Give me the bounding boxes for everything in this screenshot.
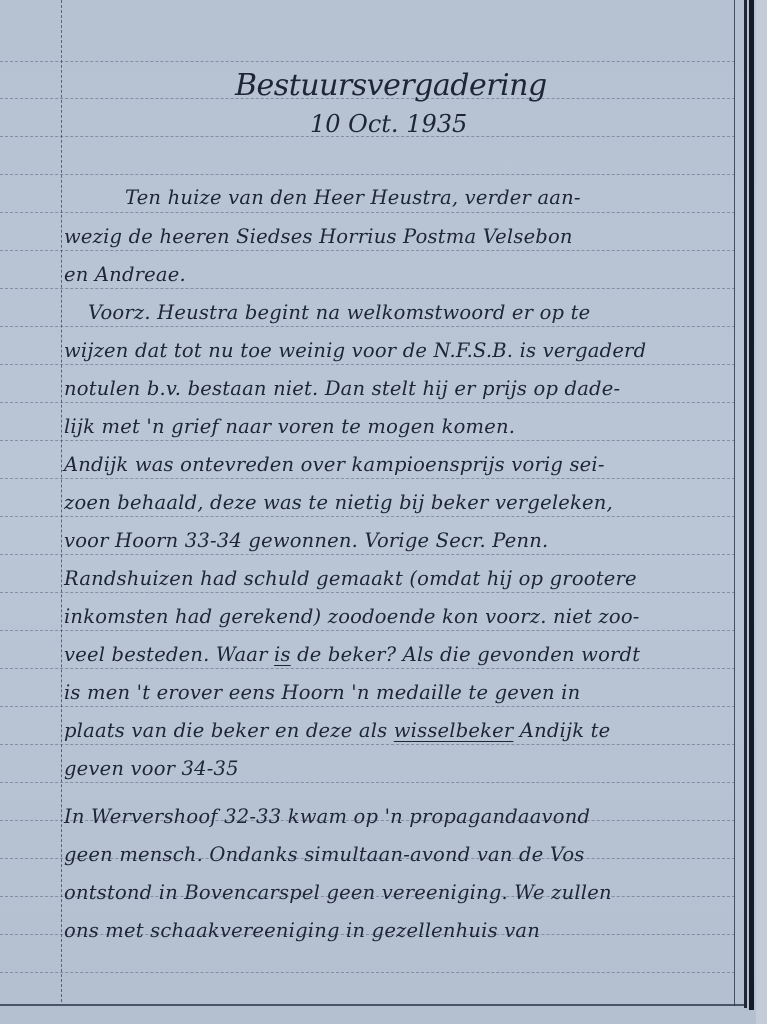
text-line: Andijk was ontevreden over kampioensprij…	[64, 453, 605, 476]
text-line: en Andreae.	[64, 263, 186, 286]
ruled-line	[0, 402, 735, 403]
ruled-line	[0, 782, 735, 783]
page-edge	[756, 0, 767, 1024]
text-segment: plaats van die beker en deze als	[64, 719, 394, 742]
ruled-line	[0, 250, 735, 251]
underlined-word: wisselbeker	[394, 719, 514, 742]
text-segment: Andijk te	[513, 719, 610, 742]
text-line: In Wervershoof 32-33 kwam op 'n propagan…	[64, 805, 590, 828]
text-line: lijk met 'n grief naar voren te mogen ko…	[64, 415, 515, 438]
text-line: wezig de heeren Siedses Horrius Postma V…	[64, 225, 573, 248]
text-line: plaats van die beker en deze als wisselb…	[64, 719, 610, 742]
ruled-line	[0, 516, 735, 517]
text-line: Voorz. Heustra begint na welkomstwoord e…	[88, 301, 590, 324]
ruled-line	[0, 706, 735, 707]
right-margin-line	[734, 0, 735, 1006]
text-segment: de beker? Als die gevonden wordt	[291, 643, 641, 666]
underlined-word: is	[274, 643, 291, 666]
ruled-line	[0, 592, 735, 593]
text-line: is men 't erover eens Hoorn 'n medaille …	[64, 681, 580, 704]
text-line: voor Hoorn 33-34 gewonnen. Vorige Secr. …	[64, 529, 548, 552]
ruled-line	[0, 744, 735, 745]
text-line: veel besteden. Waar is de beker? Als die…	[64, 643, 640, 666]
ruled-line	[0, 326, 735, 327]
text-line: geen mensch. Ondanks simultaan-avond van…	[64, 843, 584, 866]
text-line: Ten huize van den Heer Heustra, verder a…	[125, 186, 581, 209]
text-line: Randshuizen had schuld gemaakt (omdat hi…	[64, 567, 637, 590]
book-binding-spine	[749, 0, 754, 1010]
ruled-line	[0, 212, 735, 213]
ruled-line	[0, 630, 735, 631]
text-line: wijzen dat tot nu toe weinig voor de N.F…	[64, 339, 646, 362]
text-segment: veel besteden. Waar	[64, 643, 274, 666]
ruled-line	[0, 288, 735, 289]
ruled-line	[0, 668, 735, 669]
document-title: Bestuursvergadering	[235, 68, 547, 103]
text-line: notulen b.v. bestaan niet. Dan stelt hij…	[64, 377, 620, 400]
book-binding-line	[744, 0, 747, 1008]
notebook-page: Bestuursvergadering 10 Oct. 1935 Ten hui…	[0, 0, 767, 1024]
ruled-line	[0, 61, 735, 62]
text-line: zoen behaald, deze was te nietig bij bek…	[64, 491, 613, 514]
ruled-line	[0, 174, 735, 175]
text-line: ons met schaakvereeniging in gezellenhui…	[64, 919, 540, 942]
text-line: ontstond in Bovencarspel geen vereenigin…	[64, 881, 612, 904]
ruled-line	[0, 554, 735, 555]
text-line: geven voor 34-35	[64, 757, 239, 780]
text-line: inkomsten had gerekend) zoodoende kon vo…	[64, 605, 640, 628]
ruled-line	[0, 440, 735, 441]
document-date: 10 Oct. 1935	[310, 110, 467, 138]
page-bottom-rule	[0, 1004, 745, 1006]
left-margin-line	[61, 0, 62, 1002]
ruled-line	[0, 972, 735, 973]
ruled-line	[0, 478, 735, 479]
ruled-line	[0, 364, 735, 365]
